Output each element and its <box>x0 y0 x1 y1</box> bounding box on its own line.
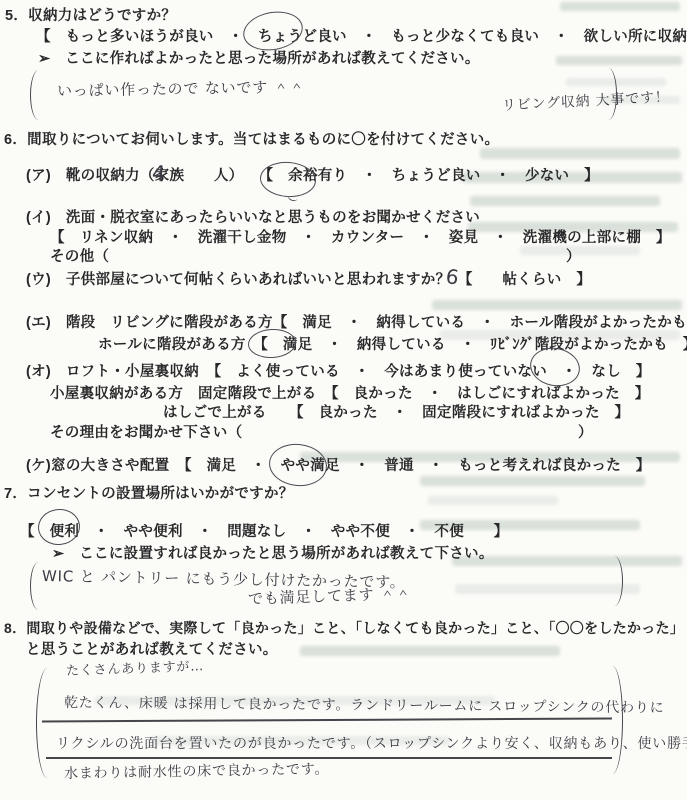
bleed-through <box>470 196 660 206</box>
q6-item-i-line1: (イ) 洗面・脱衣室にあったらいいなと思うものをお聞かせください <box>26 210 480 227</box>
q6-a-handwritten-family-count: 4 <box>151 161 167 186</box>
q6-item-o-line3: はしごで上がる 【 良かった ・ 固定階段にすればよかった 】 <box>163 405 629 422</box>
bleed-through <box>420 476 645 486</box>
handwritten-paren-close-q7 <box>606 556 623 606</box>
q6-item-o-line2: 小屋裏収納がある方 固定階段で上がる 【 良かった ・ はしごにすればよかった … <box>50 386 650 403</box>
bleed-through <box>480 148 680 159</box>
q7-handwritten-answer-line2: でも満足してます ＾＾ <box>248 582 412 609</box>
q8-handwritten-line1: 乾たくん、床暖 は採用して良かったです。ランドリールームに スロップシンクの代わ… <box>64 692 665 717</box>
q6-item-i-other-open: その他（ <box>50 249 109 266</box>
q8-handwritten-line2: リクシルの洗面台を置いたのが良かったです。（スロップシンクより安く、収納もあり、… <box>56 733 687 753</box>
bleed-through <box>556 56 682 65</box>
circle-annotation-tail <box>287 192 299 203</box>
scanned-questionnaire-page: 5．収納力はどうですか？ 【 もっと多いほうが良い ・ ちょうど良い ・ もっと… <box>0 0 687 800</box>
handwritten-underline <box>42 718 612 723</box>
q5-prompt: ➢ ここに作ればよかったと思った場所があれば教えてください。 <box>38 51 480 68</box>
q6-item-ke: (ケ)窓の大きさや配置 【 満足 ・ やや満足 ・ 普通 ・ もっと考えれば良か… <box>26 458 651 475</box>
q6-item-i-line2: 【 リネン収納 ・ 洗濯干し金物 ・ カウンター ・ 姿見 ・ 洗濯機の上部に棚… <box>50 230 671 247</box>
q7-prompt: ➢ ここに設置すれば良かったと思う場所があれば教えて下さい。 <box>52 546 494 563</box>
q5-handwritten-answer-line1: いっぱい作ったので ないです ＾＾ <box>57 76 305 101</box>
q7-title: 7．コンセントの設置場所はいかがですか？ <box>4 486 294 503</box>
bleed-through <box>428 496 558 505</box>
circle-annotation-q5-choudoyoi <box>240 7 306 55</box>
q8-handwritten-intro: たくさんありますが… <box>66 655 205 679</box>
q6-item-i-other-close: ） <box>566 249 581 266</box>
bleed-through <box>560 2 680 11</box>
bleed-through <box>432 300 682 310</box>
handwritten-paren-close-q8 <box>602 666 623 774</box>
q5-options: 【 もっと多いほうが良い ・ ちょうど良い ・ もっと少なくても良い ・ 欲しい… <box>36 29 687 46</box>
q6-item-e-line1: (エ) 階段 リビングに階段がある方【 満足 ・ 納得している ・ ホール階段が… <box>26 315 687 332</box>
q6-item-o-reason-open: その理由をお聞かせ下さい（ <box>50 425 242 442</box>
q5-handwritten-answer-line2: リビング収納 大事です！ <box>501 86 670 115</box>
q6-item-o-reason-close: ） <box>578 425 593 442</box>
q6-item-e-line2: ホールに階段がある方 【 満足 ・ 納得している ・ ﾘﾋﾞﾝｸﾞ階段がよかった… <box>98 337 687 354</box>
circle-annotation-q6e-manzoku <box>247 328 296 359</box>
q5-title: 5．収納力はどうですか？ <box>5 8 176 25</box>
bleed-through <box>300 646 560 656</box>
q8-title-line1: 8．間取りや設備などで、実際して「良かった」こと、「しなくても良かった」こと、「… <box>4 620 684 637</box>
q6-title: 6．間取りについてお伺いします。当てはまるものに〇を付けてください。 <box>4 132 499 149</box>
handwritten-paren-open-q5 <box>30 70 47 120</box>
q8-handwritten-line3: 水まわりは耐水性の床で良かったです。 <box>64 758 330 783</box>
q6-item-u: (ウ) 子供部屋について何帖くらいあればいいと思われますか？ 【 帖くらい 】 <box>26 272 591 289</box>
circle-annotation-q6ke-yayamanzoku <box>267 441 329 489</box>
handwritten-paren-close-q5 <box>600 68 617 120</box>
q7-options: 【 便利 ・ やや便利 ・ 問題なし ・ やや不便 ・ 不便 】 <box>20 524 508 541</box>
handwritten-paren-open-q8 <box>36 668 59 778</box>
